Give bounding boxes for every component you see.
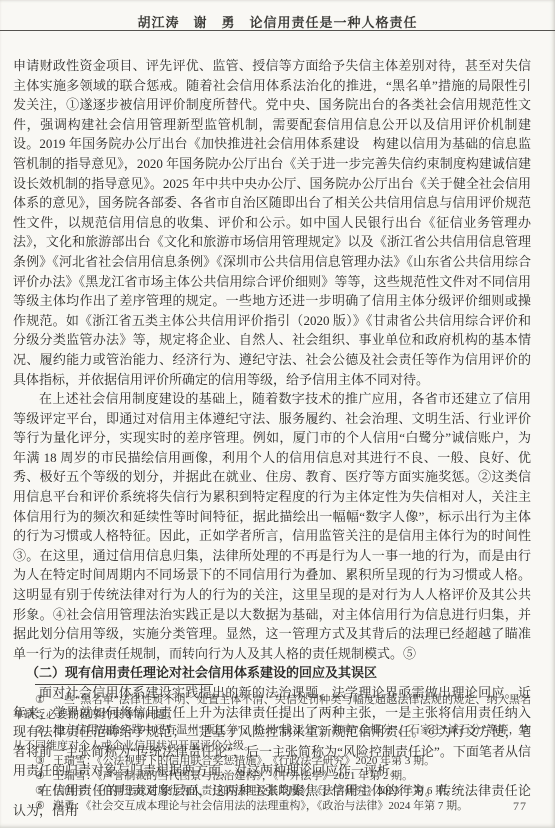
paragraph: 在上述社会信用制度建设的基础上，随着数字技术的推广应用，各省市还建立了信用等级评…: [13, 389, 531, 663]
page-number: 77: [513, 799, 527, 814]
footnote-item: ③王瑞雪：《公法视野下的信用联合奖惩措施》，《行政法学研究》2020 年第 3 …: [13, 754, 531, 769]
footnote-text: 王瑞雪：《公法视野下的信用联合奖惩措施》，《行政法学研究》2020 年第 3 期…: [53, 755, 435, 767]
footnote-text: 伏创宇：《信用惩戒适用行为人责任的法理及其限度》，《法学研究》2023 年第 6…: [53, 785, 457, 797]
footnote-item: ⑥谢勇：《社会交互成本理论与社会信用法的法理重构》，《政治与法律》2024 年第…: [13, 799, 531, 814]
footnote-marker: ③: [35, 755, 45, 767]
footnote-marker: ④: [35, 770, 45, 782]
paragraph: 申请财政性资金项目、评先评优、监管、授信等方面给予失信主体差别对待，甚至对失信主…: [13, 56, 531, 389]
footnote-marker: ②: [35, 724, 45, 736]
paper-page: 胡江涛 谢 勇论信用责任是一种人格责任 申请财政性资金项目、评先评优、监管、授信…: [0, 0, 555, 828]
section-heading: （二）现有信用责任理论对社会信用体系建设的回应及其误区: [13, 663, 531, 683]
footnote-marker: ①: [35, 694, 45, 706]
footnote-text: 一些“黑名单”法律性质不明、处置主体不清、失信处罚种类与幅度超越法律法规的规定、…: [13, 694, 531, 721]
header-title: 论信用责任是一种人格责任: [250, 15, 418, 30]
footnote-item: ⑤伏创宇：《信用惩戒适用行为人责任的法理及其限度》，《法学研究》2023 年第 …: [13, 784, 531, 799]
running-header: 胡江涛 谢 勇论信用责任是一种人格责任: [0, 12, 555, 31]
footnote-item: ④王瑞雪：《声誉制裁的当代图景与法治建构》，《中外法学》2021 年第 2 期。: [13, 769, 531, 784]
footnote-marker: ⑥: [35, 800, 45, 812]
footnote-text: 地方信用法治实践中还有温州“瓯江分”、杭州“钱江分”、海南“金椰分”、石家庄“诚…: [13, 724, 531, 751]
footnote-text: 王瑞雪：《声誉制裁的当代图景与法治建构》，《中外法学》2021 年第 2 期。: [53, 770, 413, 782]
footnote-item: ②地方信用法治实践中还有温州“瓯江分”、杭州“钱江分”、海南“金椰分”、石家庄“…: [13, 723, 531, 753]
footnote-separator: [35, 684, 213, 685]
header-authors: 胡江涛 谢 勇: [137, 15, 235, 30]
footnote-item: ①一些“黑名单”法律性质不明、处置主体不清、失信处罚种类与幅度超越法律法规的规定…: [13, 693, 531, 723]
footnotes: ①一些“黑名单”法律性质不明、处置主体不清、失信处罚种类与幅度超越法律法规的规定…: [13, 693, 531, 815]
footnote-text: 谢勇：《社会交互成本理论与社会信用法的法理重构》，《政治与法律》2024 年第 …: [53, 800, 468, 812]
header-rule: [0, 30, 555, 31]
footnote-marker: ⑤: [35, 785, 45, 797]
